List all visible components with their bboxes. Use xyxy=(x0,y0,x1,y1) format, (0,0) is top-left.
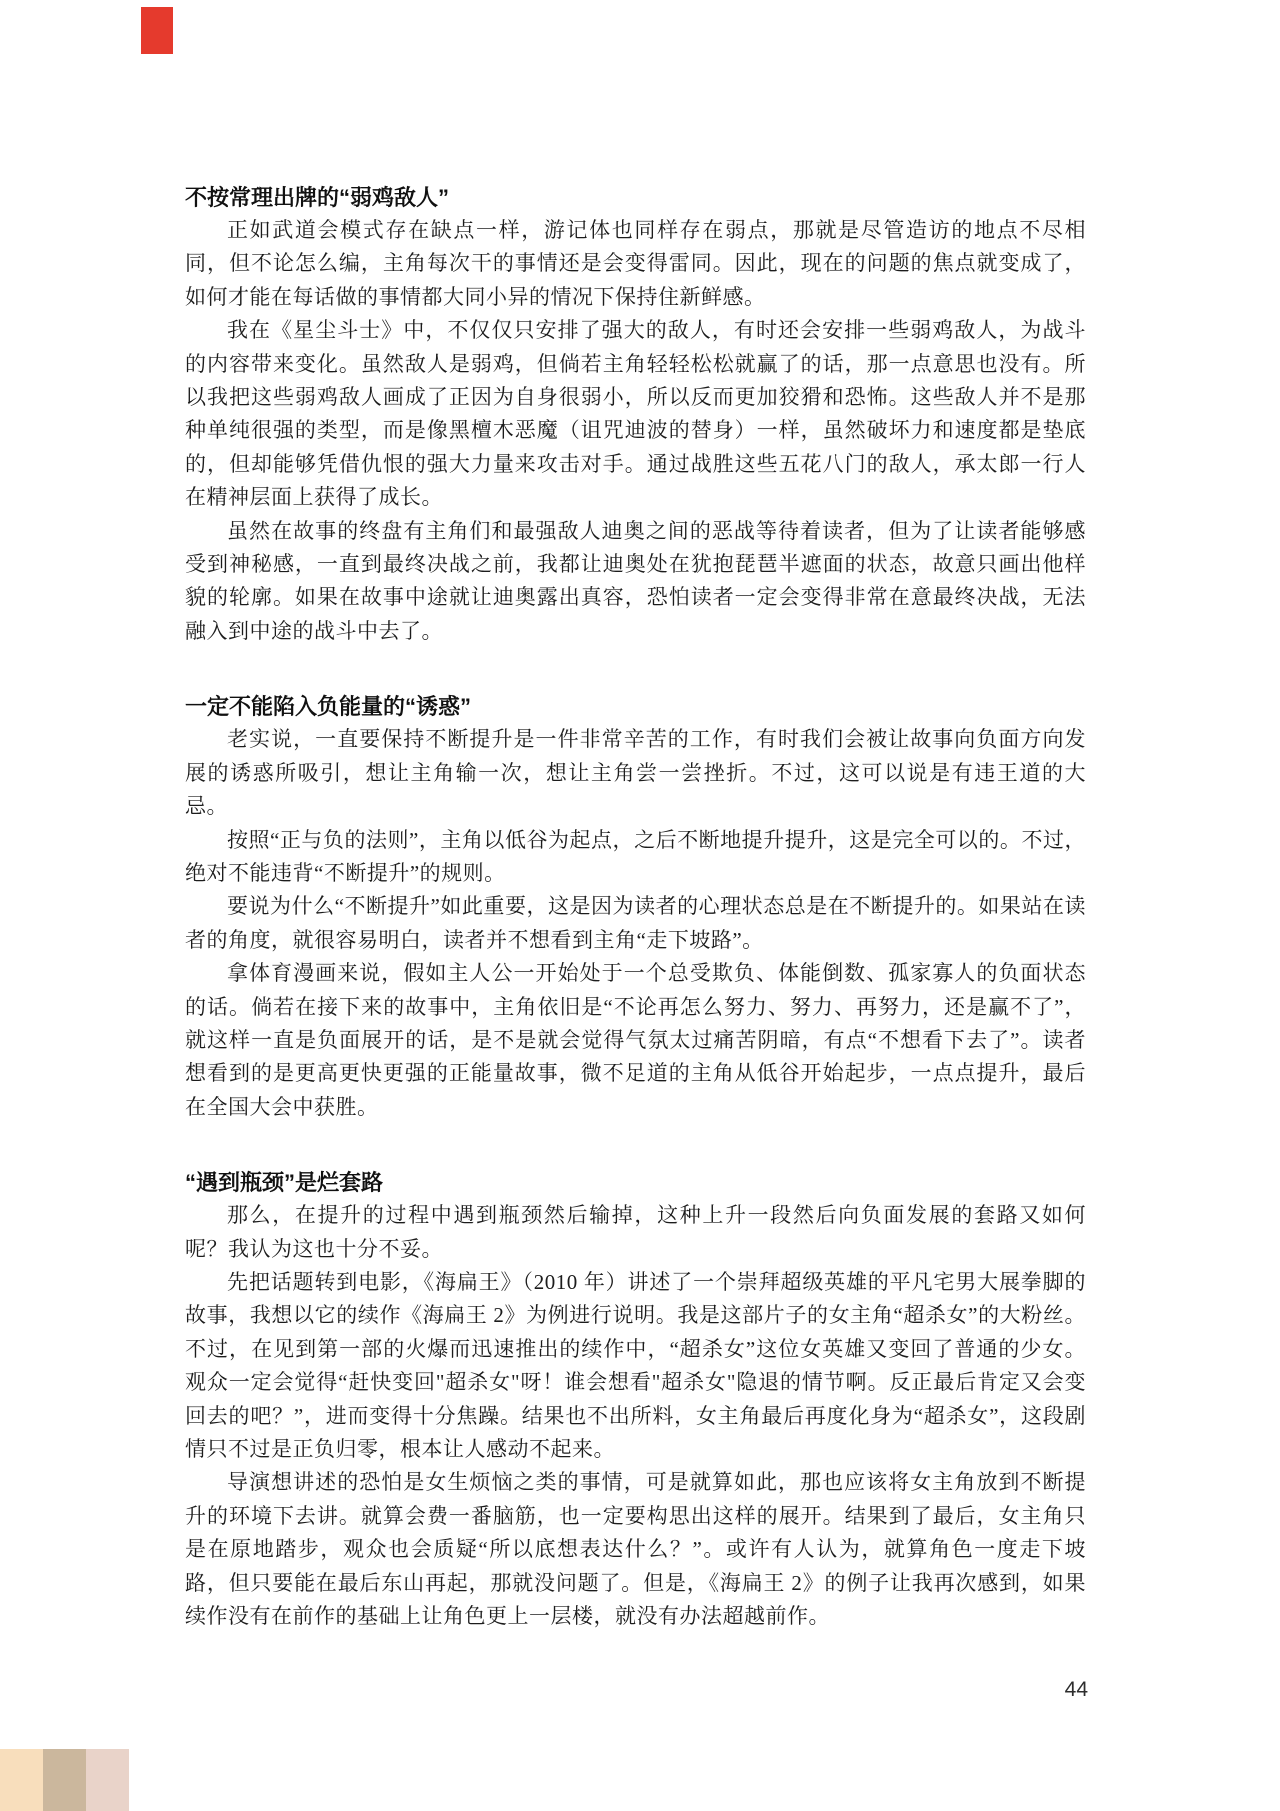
paragraph: 正如武道会模式存在缺点一样，游记体也同样存在弱点，那就是尽管造访的地点不尽相同，… xyxy=(185,214,1086,314)
paragraph: 要说为什么“不断提升”如此重要，这是因为读者的心理状态总是在不断提升的。如果站在… xyxy=(185,890,1086,957)
paragraph: 虽然在故事的终盘有主角们和最强敌人迪奥之间的恶战等待着读者，但为了让读者能够感受… xyxy=(185,515,1086,649)
book-page: 不按常理出牌的“弱鸡敌人”正如武道会模式存在缺点一样，游记体也同样存在弱点，那就… xyxy=(0,0,1280,1811)
paragraph: 那么，在提升的过程中遇到瓶颈然后输掉，这种上升一段然后向负面发展的套路又如何呢？… xyxy=(185,1199,1086,1266)
paragraph: 我在《星尘斗士》中，不仅仅只安排了强大的敌人，有时还会安排一些弱鸡敌人，为战斗的… xyxy=(185,314,1086,514)
color-swatches xyxy=(0,1749,129,1811)
section-heading: “遇到瓶颈”是烂套路 xyxy=(185,1166,1086,1199)
section: 不按常理出牌的“弱鸡敌人”正如武道会模式存在缺点一样，游记体也同样存在弱点，那就… xyxy=(185,181,1086,648)
paragraph: 老实说，一直要保持不断提升是一件非常辛苦的工作，有时我们会被让故事向负面方向发展… xyxy=(185,723,1086,823)
color-swatch-1 xyxy=(0,1749,43,1811)
paragraph: 按照“正与负的法则”，主角以低谷为起点，之后不断地提升提升，这是完全可以的。不过… xyxy=(185,824,1086,891)
color-swatch-2 xyxy=(43,1749,86,1811)
section-heading: 一定不能陷入负能量的“诱惑” xyxy=(185,690,1086,723)
color-swatch-3 xyxy=(86,1749,129,1811)
section-heading: 不按常理出牌的“弱鸡敌人” xyxy=(185,181,1086,214)
paragraph: 导演想讲述的恐怕是女生烦恼之类的事情，可是就算如此，那也应该将女主角放到不断提升… xyxy=(185,1466,1086,1633)
section: “遇到瓶颈”是烂套路那么，在提升的过程中遇到瓶颈然后输掉，这种上升一段然后向负面… xyxy=(185,1166,1086,1633)
paragraph: 拿体育漫画来说，假如主人公一开始处于一个总受欺负、体能倒数、孤家寡人的负面状态的… xyxy=(185,957,1086,1124)
page-number: 44 xyxy=(1056,1678,1088,1702)
page-content: 不按常理出牌的“弱鸡敌人”正如武道会模式存在缺点一样，游记体也同样存在弱点，那就… xyxy=(185,181,1086,1633)
bookmark-marker xyxy=(141,7,173,54)
paragraph: 先把话题转到电影，《海扁王》（2010 年）讲述了一个崇拜超级英雄的平凡宅男大展… xyxy=(185,1266,1086,1466)
section: 一定不能陷入负能量的“诱惑”老实说，一直要保持不断提升是一件非常辛苦的工作，有时… xyxy=(185,690,1086,1124)
